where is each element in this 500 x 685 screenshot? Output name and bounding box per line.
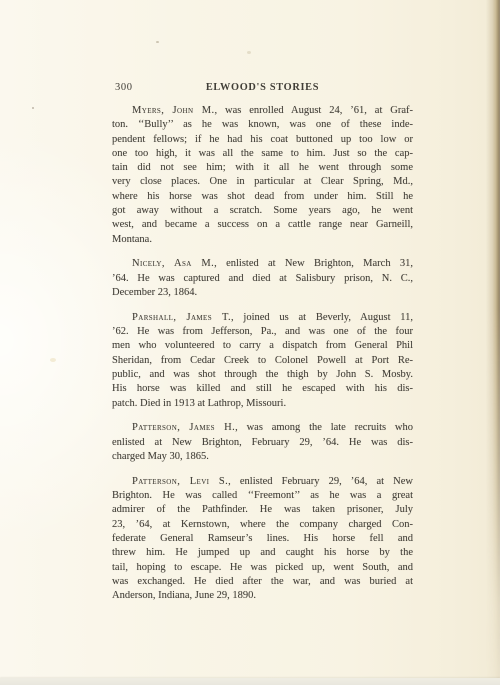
text-line: Patterson, James H., was among the late …	[112, 421, 413, 435]
entry-paragraph-parshall: Parshall, James T., joined us at Beverly…	[112, 311, 413, 411]
text-line: charged May 30, 1865.	[112, 450, 413, 464]
text-line: Patterson, Levi S., enlisted February 29…	[112, 475, 413, 489]
page-bottom-edge	[0, 678, 500, 685]
text-line-rest: , was among the late recruits who	[235, 422, 413, 433]
scanned-book-page: { "colors": { "paper": "#f8f4e5", "ink":…	[0, 0, 500, 685]
text-line: pendent fellows; if he had his coat butt…	[112, 133, 413, 147]
page-right-edge	[486, 0, 500, 685]
text-line: His horse was killed and still he escape…	[112, 382, 413, 396]
text-line: admirer of the Pathfinder. He was taken …	[112, 503, 413, 517]
entry-paragraph-nicely: Nicely, Asa M., enlisted at New Brighton…	[112, 257, 413, 300]
text-line-rest: , was enrolled August 24, ’61, at Graf-	[214, 105, 413, 116]
text-line: Brighton. He was called ‘‘Freemont’’ as …	[112, 489, 413, 503]
text-line: men who volunteered to carry a dispatch …	[112, 339, 413, 353]
text-line: 23, ’64, at Kernstown, where the company…	[112, 518, 413, 532]
text-line: threw him. He jumped up and caught his h…	[112, 546, 413, 560]
running-title: ELWOOD'S STORIES	[112, 82, 413, 93]
text-line: tain did not see him; with it all he wen…	[112, 161, 413, 175]
entry-paragraph-patterson-james: Patterson, James H., was among the late …	[112, 421, 413, 464]
text-line: Nicely, Asa M., enlisted at New Brighton…	[112, 257, 413, 271]
paper-speck	[247, 51, 251, 54]
text-line: Montana.	[112, 233, 413, 247]
text-line: Anderson, Indiana, June 29, 1890.	[112, 589, 413, 603]
entry-name: Patterson, James H.	[132, 422, 235, 433]
text-line: where his horse was shot dead from under…	[112, 190, 413, 204]
text-line: ’62. He was from Jefferson, Pa., and was…	[112, 325, 413, 339]
text-line: was exchanged. He died after the war, an…	[112, 575, 413, 589]
paper-speck	[32, 107, 34, 109]
entry-name: Patterson, Levi S.	[132, 476, 228, 487]
text-line: patch. Died in 1913 at Lathrop, Missouri…	[112, 397, 413, 411]
text-line: got away without a scratch. Some years a…	[112, 204, 413, 218]
text-line: federate General Ramseur’s lines. His ho…	[112, 532, 413, 546]
entry-name: Nicely, Asa M.	[132, 258, 214, 269]
text-line: Sheridan, from Cedar Creek to Colonel Po…	[112, 354, 413, 368]
entry-name: Myers, John M.	[132, 105, 214, 116]
text-line: public, and was shot through the thigh b…	[112, 368, 413, 382]
entry-name: Parshall, James T.	[132, 312, 231, 323]
page-header: 300 ELWOOD'S STORIES	[112, 82, 413, 95]
text-line: enlisted at New Brighton, February 29, ’…	[112, 436, 413, 450]
text-line: west, and became a success on a cattle r…	[112, 218, 413, 232]
text-line-rest: , enlisted February 29, ’64, at New	[228, 476, 413, 487]
text-line: ton. ‘‘Bully’’ as he was known, was one …	[112, 118, 413, 132]
paper-speck	[50, 358, 56, 362]
text-line: Myers, John M., was enrolled August 24, …	[112, 104, 413, 118]
paper-speck	[156, 41, 159, 43]
text-line-rest: , joined us at Beverly, August 11,	[231, 312, 413, 323]
text-line: Parshall, James T., joined us at Beverly…	[112, 311, 413, 325]
text-line: very close places. One in particular at …	[112, 175, 413, 189]
text-line: one too high, it was all the same to him…	[112, 147, 413, 161]
entry-paragraph-patterson-levi: Patterson, Levi S., enlisted February 29…	[112, 475, 413, 604]
text-block: Myers, John M., was enrolled August 24, …	[112, 104, 413, 614]
text-line: tail, hoping to escape. He was picked up…	[112, 561, 413, 575]
text-line-rest: , enlisted at New Brighton, March 31,	[214, 258, 413, 269]
text-line: December 23, 1864.	[112, 286, 413, 300]
entry-paragraph-myers: Myers, John M., was enrolled August 24, …	[112, 104, 413, 247]
text-line: ’64. He was captured and died at Salisbu…	[112, 272, 413, 286]
